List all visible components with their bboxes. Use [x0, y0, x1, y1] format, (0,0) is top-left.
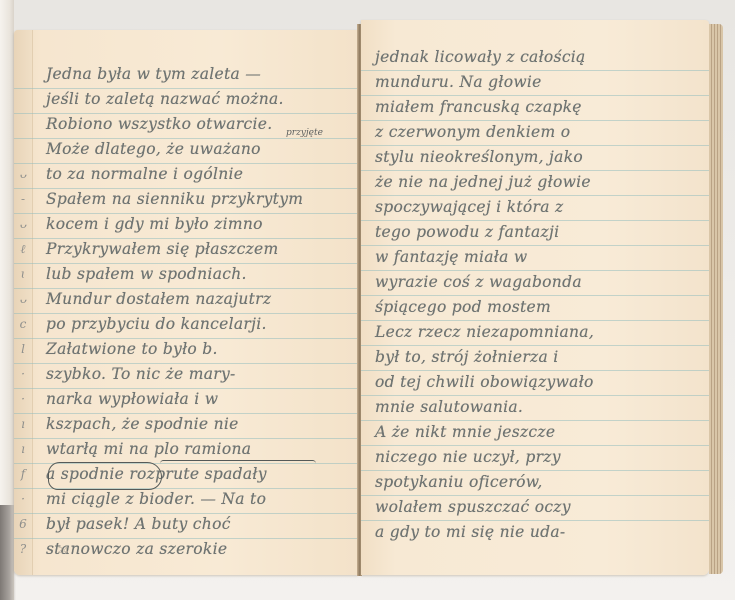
handwritten-line: Jedna była w tym zaleta — [46, 63, 354, 88]
margin-mark: ᴗ [17, 213, 29, 238]
handwritten-line: mnie salutowania. [375, 396, 703, 421]
page-edges-stack [709, 24, 723, 574]
handwritten-line: kszpach, że spodnie nie [46, 413, 354, 438]
handwritten-line: spotykaniu oficerów, [375, 471, 703, 496]
page-number: 24 [58, 546, 68, 555]
margin-mark: ᴗ [17, 163, 29, 188]
handwritten-line: narka wypłowiała i w [46, 388, 354, 413]
margin-mark: c [17, 313, 29, 338]
handwritten-line: jednak licowały z całością [375, 46, 703, 71]
handwritten-line: Spałem na sienniku przykrytym [46, 188, 354, 213]
handwritten-line: kocem i gdy mi było zimno [46, 213, 354, 238]
margin-marks: ᴗ - ᴗ ℓ ɩ ᴗ c l · · ı ı f · 6 ? [17, 163, 29, 563]
handwritten-line: że nie na jednej już głowie [375, 171, 703, 196]
handwritten-line: wolałem spuszczać oczy [375, 496, 703, 521]
margin-mark: - [17, 188, 29, 213]
margin-mark: ℓ [17, 238, 29, 263]
handwritten-line: stanowczo za szerokie [46, 538, 354, 563]
margin-mark: l [17, 338, 29, 363]
handwritten-line: wyrazie coś z wagabonda [375, 271, 703, 296]
handwritten-line: niczego nie uczył, przy [375, 446, 703, 471]
handwritten-line: jeśli to zaletą nazwać można. [46, 88, 354, 113]
handwritten-line: był pasek! A buty choć [46, 513, 354, 538]
right-page-text: jednak licowały z całością munduru. Na g… [375, 46, 703, 546]
handwritten-line: spoczywającej i która z [375, 196, 703, 221]
open-notebook: przyjęte ᴗ - ᴗ ℓ ɩ ᴗ c l · · ı ı f · 6 ?… [14, 20, 726, 580]
handwritten-line: Robiono wszystko otwarcie. [46, 113, 354, 138]
handwritten-line: Przykrywałem się płaszczem [46, 238, 354, 263]
margin-mark: f [17, 463, 29, 488]
margin-mark: · [17, 488, 29, 513]
margin-mark: ɩ [17, 263, 29, 288]
margin-mark: ? [17, 538, 29, 563]
handwritten-line: miałem francuską czapkę [375, 96, 703, 121]
handwritten-line: Mundur dostałem nazajutrz [46, 288, 354, 313]
margin-mark: · [17, 388, 29, 413]
insertion-line-mark [160, 460, 316, 467]
handwritten-line: Może dlatego, że uważano [46, 138, 354, 163]
handwritten-line: w fantazję miała w [375, 246, 703, 271]
handwritten-line: po przybyciu do kancelarji. [46, 313, 354, 338]
handwritten-line: śpiącego pod mostem [375, 296, 703, 321]
margin-mark: ı [17, 438, 29, 463]
circled-text-mark [48, 462, 162, 490]
handwritten-line: z czerwonym denkiem o [375, 121, 703, 146]
handwritten-line: munduru. Na głowie [375, 71, 703, 96]
left-page: przyjęte ᴗ - ᴗ ℓ ɩ ᴗ c l · · ı ı f · 6 ?… [14, 30, 358, 575]
margin-mark: 6 [17, 513, 29, 538]
handwritten-line: a gdy to mi się nie uda- [375, 521, 703, 546]
handwritten-line: Lecz rzecz niezapomniana, [375, 321, 703, 346]
handwritten-line: A że nikt mnie jeszcze [375, 421, 703, 446]
handwritten-line: mi ciągle z bioder. — Na to [46, 488, 354, 513]
handwritten-line: szybko. To nic że mary- [46, 363, 354, 388]
margin-mark: ı [17, 413, 29, 438]
right-page: jednak licowały z całością munduru. Na g… [361, 20, 709, 575]
handwritten-line: tego powodu z fantazji [375, 221, 703, 246]
handwritten-line: był to, strój żołnierza i [375, 346, 703, 371]
margin-mark: ᴗ [17, 288, 29, 313]
handwritten-line: Załatwione to było b. [46, 338, 354, 363]
handwritten-line: od tej chwili obowiązywało [375, 371, 703, 396]
handwritten-line: lub spałem w spodniach. [46, 263, 354, 288]
handwritten-line: to za normalne i ogólnie [46, 163, 354, 188]
margin-mark: · [17, 363, 29, 388]
handwritten-line: stylu nieokreślonym, jako [375, 146, 703, 171]
